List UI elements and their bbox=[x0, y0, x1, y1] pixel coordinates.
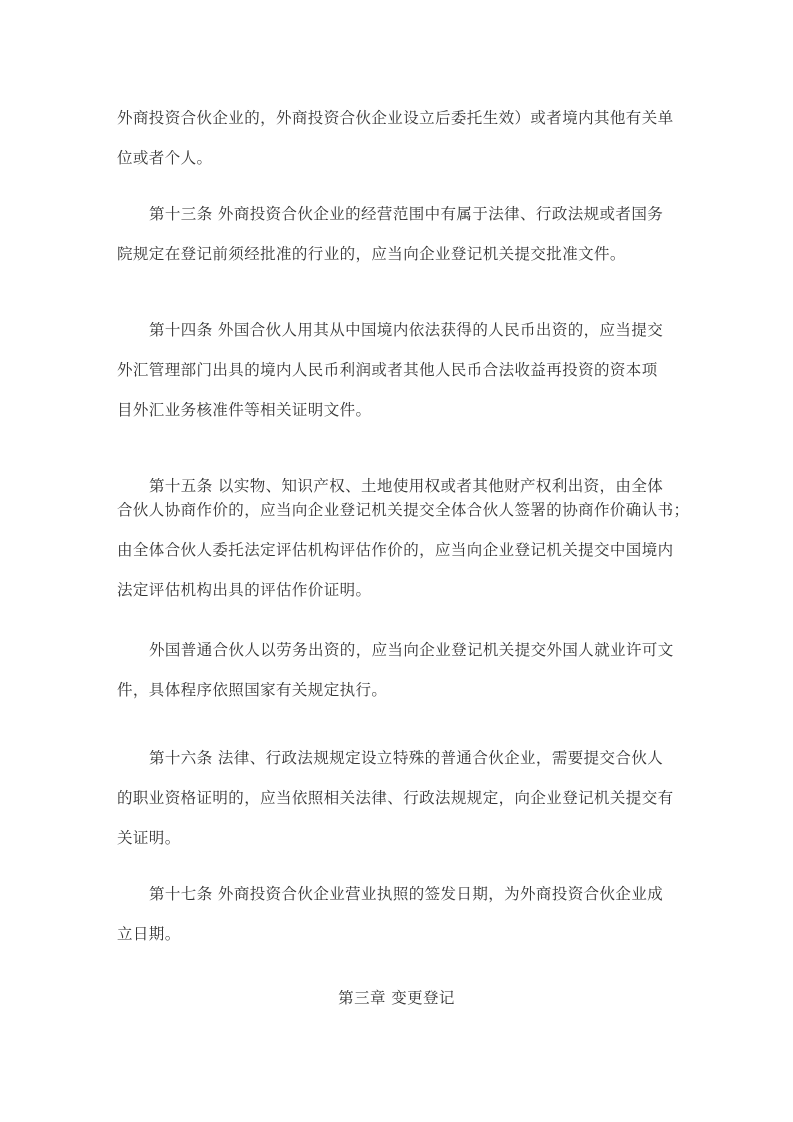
article-17-line: 第十七条 外商投资合伙企业营业执照的签发日期，为外商投资合伙企业成 bbox=[149, 884, 709, 904]
article-14-line: 第十四条 外国合伙人用其从中国境内依法获得的人民币出资的，应当提交 bbox=[149, 320, 709, 340]
article-13-line: 院规定在登记前须经批准的行业的，应当向企业登记机关提交批准文件。 bbox=[117, 244, 677, 264]
article-15-p2-line: 外国普通合伙人以劳务出资的，应当向企业登记机关提交外国人就业许可文 bbox=[149, 640, 709, 660]
article-17-line: 立日期。 bbox=[117, 924, 677, 944]
article-16-line: 的职业资格证明的，应当依照相关法律、行政法规规定，向企业登记机关提交有 bbox=[117, 788, 677, 808]
paragraph-line: 位或者个人。 bbox=[117, 148, 677, 168]
article-15-line: 由全体合伙人委托法定评估机构评估作价的，应当向企业登记机关提交中国境内 bbox=[117, 540, 677, 560]
article-14-line: 外汇管理部门出具的境内人民币利润或者其他人民币合法收益再投资的资本项 bbox=[117, 360, 677, 380]
document-page: 外商投资合伙企业的，外商投资合伙企业设立后委托生效）或者境内其他有关单 位或者个… bbox=[0, 0, 793, 1122]
article-14-line: 目外汇业务核准件等相关证明文件。 bbox=[117, 400, 677, 420]
article-13-line: 第十三条 外商投资合伙企业的经营范围中有属于法律、行政法规或者国务 bbox=[149, 204, 709, 224]
article-15-p2-line: 件，具体程序依照国家有关规定执行。 bbox=[117, 680, 677, 700]
article-15-line: 法定评估机构出具的评估作价证明。 bbox=[117, 580, 677, 600]
paragraph-line: 外商投资合伙企业的，外商投资合伙企业设立后委托生效）或者境内其他有关单 bbox=[117, 108, 677, 128]
article-16-line: 第十六条 法律、行政法规规定设立特殊的普通合伙企业，需要提交合伙人 bbox=[149, 748, 709, 768]
chapter-heading: 第三章 变更登记 bbox=[0, 988, 793, 1008]
article-15-line: 合伙人协商作价的，应当向企业登记机关提交全体合伙人签署的协商作价确认书； bbox=[117, 500, 677, 520]
article-16-line: 关证明。 bbox=[117, 828, 677, 848]
article-15-line: 第十五条 以实物、知识产权、土地使用权或者其他财产权利出资，由全体 bbox=[149, 476, 709, 496]
